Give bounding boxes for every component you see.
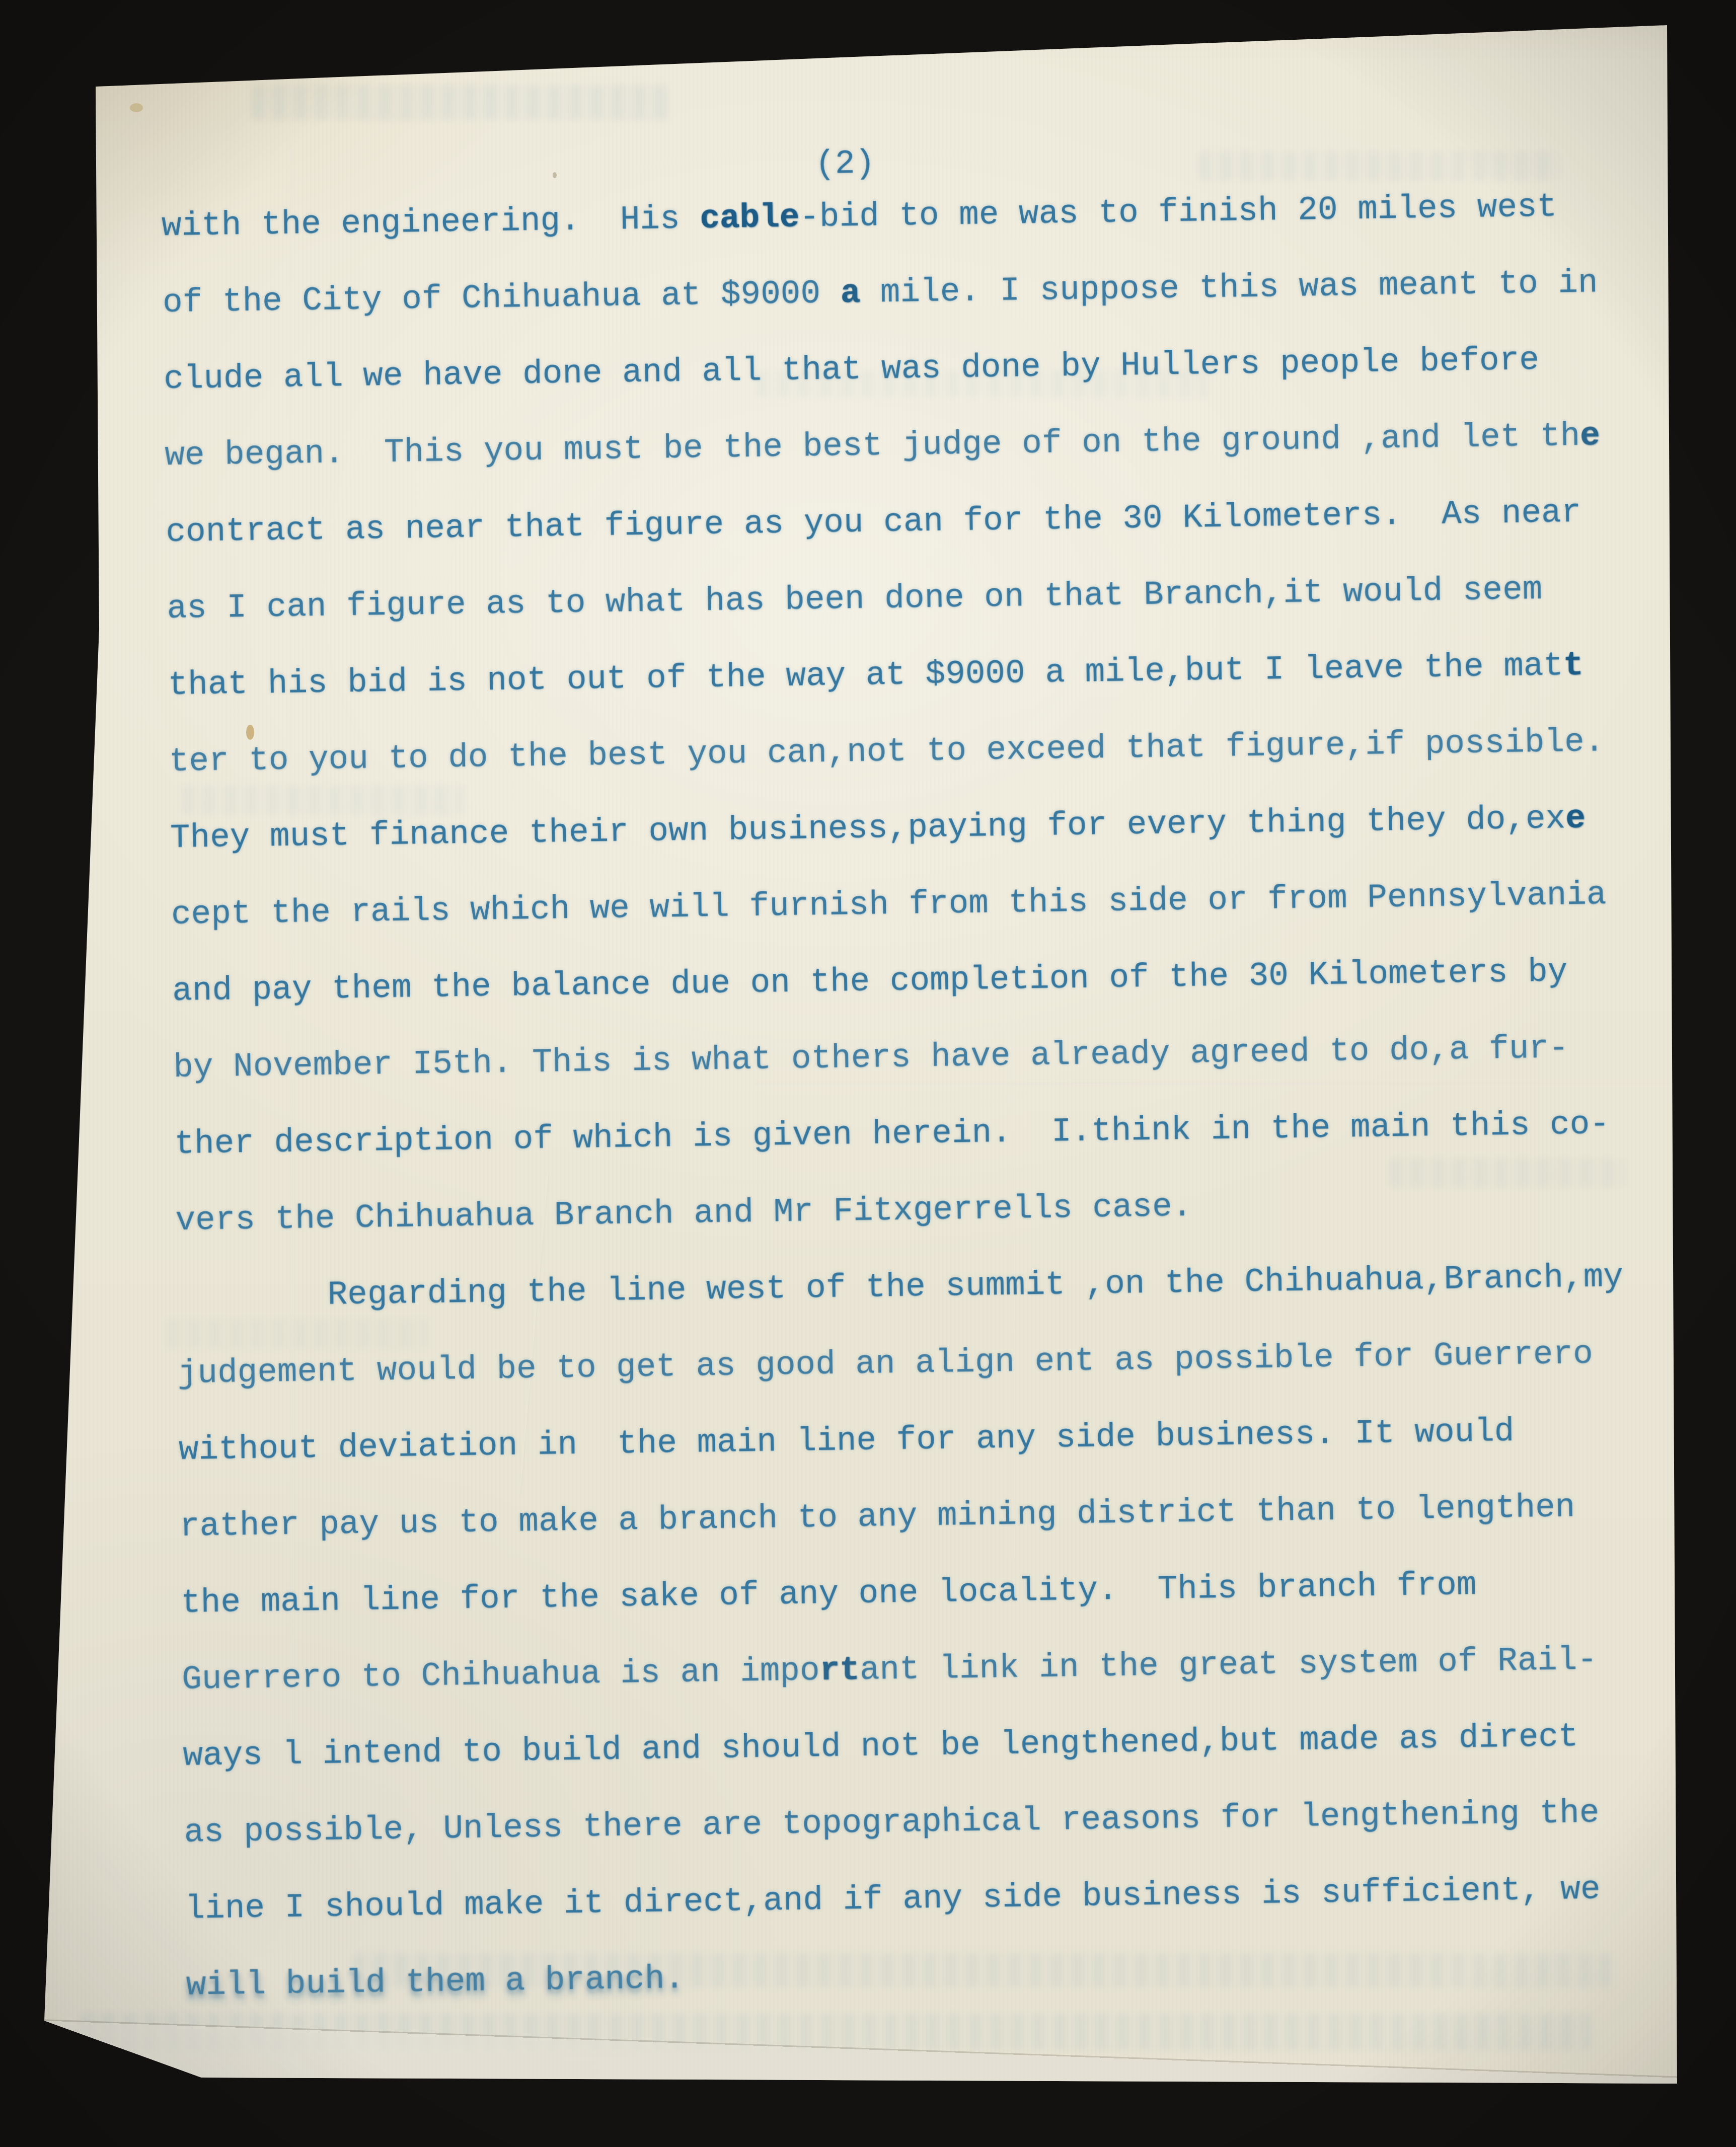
typed-text: rather pay us to make a branch to any mi…: [180, 1488, 1575, 1546]
typed-text: ways l intend to build and should not be…: [183, 1718, 1578, 1775]
typed-text: Regarding the line west of the summit ,o…: [327, 1258, 1623, 1314]
typed-text: and pay them the balance due on the comp…: [172, 953, 1568, 1010]
photo-background: (2) with the engineering. His cable-bid …: [0, 0, 1736, 2147]
ink-bleed-mark: [252, 85, 669, 120]
typed-text: ant link in the great system of Rail-: [859, 1641, 1597, 1689]
overstruck-text: e: [1580, 417, 1601, 455]
typed-text: that his bid is not out of the way at $9…: [168, 647, 1563, 704]
typed-text: They must finance their own business,pay…: [170, 800, 1566, 857]
typed-text: without deviation in the main line for a…: [178, 1413, 1514, 1469]
paper-speck: [130, 103, 143, 112]
typed-text: -bid to me was to finish 20 miles west: [799, 188, 1557, 236]
letter-lines: with the engineering. His cable-bid to m…: [161, 168, 1677, 2024]
typed-text: we began. This you must be the best judg…: [165, 417, 1580, 475]
overstruck-text: e: [1565, 800, 1586, 838]
page-number: (2): [814, 125, 875, 203]
typed-text: as I can figure as to what has been done…: [167, 571, 1543, 628]
typed-text: by November I5th. This is what others ha…: [173, 1029, 1569, 1087]
typed-text: mile. I suppose this was meant to in: [860, 264, 1598, 312]
typed-text: contract as near that figure as you can …: [166, 494, 1581, 551]
typed-text: will build them a branch.: [186, 1960, 685, 2005]
typed-text: vers the Chihuahua Branch and Mr Fitxger…: [175, 1188, 1192, 1240]
paper-speck: [553, 172, 557, 178]
overstruck-text: t: [1563, 647, 1583, 685]
typed-text: ter to you to do the best you can,not to…: [169, 723, 1604, 781]
overstruck-text: a: [840, 274, 861, 313]
typed-text: as possible, Unless there are topographi…: [184, 1794, 1600, 1851]
typed-text: line I should make it direct,and if any …: [185, 1870, 1601, 1928]
typed-text: with the engineering. His: [162, 200, 700, 245]
typed-text: judgement would be to get as good an ali…: [177, 1335, 1593, 1393]
typed-text: Guerrero to Chihuahua is an impo: [182, 1652, 820, 1699]
overstruck-text: rt: [819, 1651, 860, 1690]
typed-text: cept the rails which we will furnish fro…: [171, 876, 1607, 934]
typed-text: the main line for the sake of any one lo…: [181, 1566, 1477, 1622]
letter-body: (2) with the engineering. His cable-bid …: [161, 168, 1677, 2024]
typed-text: ther description of which is given herei…: [174, 1105, 1610, 1163]
typed-text: clude all we have done and all that was …: [164, 341, 1540, 398]
letter-page: (2) with the engineering. His cable-bid …: [0, 0, 1736, 2147]
overstruck-text: cable: [700, 198, 800, 238]
typed-text: of the City of Chihuahua at $9000: [163, 274, 841, 322]
